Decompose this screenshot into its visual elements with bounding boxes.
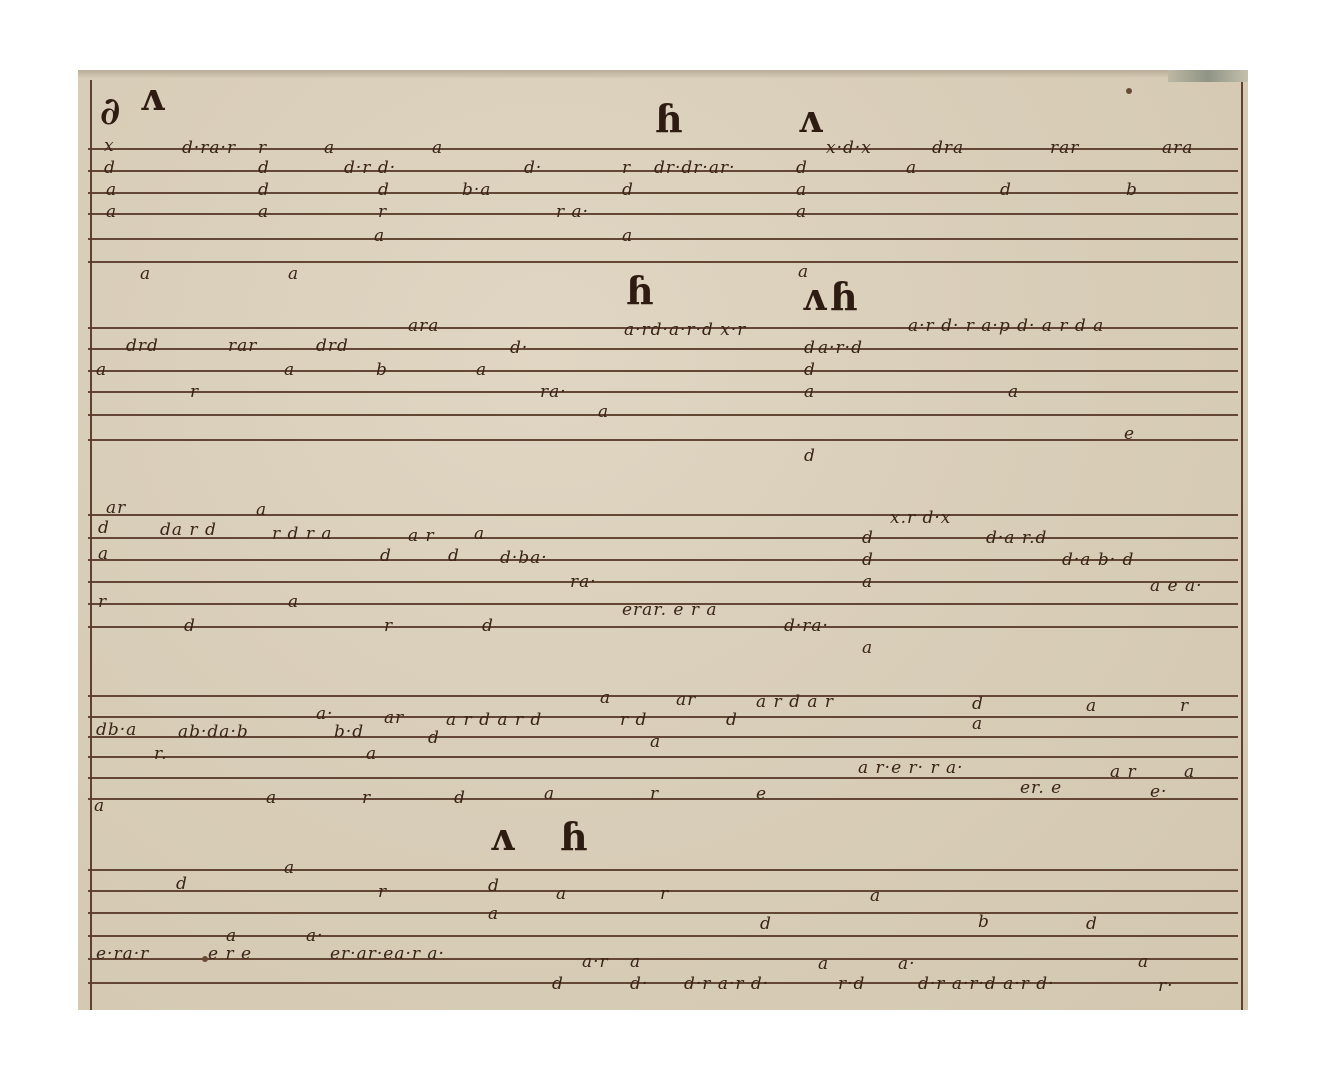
tablature-letters: d: [726, 712, 738, 729]
tablature-letters: e: [756, 786, 767, 803]
tablature-letters: a: [488, 906, 499, 923]
tablature-letters: a: [226, 928, 237, 945]
tablature-letters: d·ra·r: [182, 140, 236, 157]
tablature-letters: r: [660, 886, 669, 903]
tablature-letters: r: [622, 160, 631, 177]
staff-line: [88, 912, 1238, 914]
tablature-letters: ab·da·b: [178, 724, 249, 741]
tablature-letters: a r: [408, 528, 435, 545]
rhythm-flag-icon: ∂: [100, 92, 120, 130]
staff-line: [88, 581, 1238, 583]
tablature-letters: d: [796, 160, 808, 177]
tablature-letters: d·r a·r d·: [684, 976, 769, 993]
tablature-letters: drd: [126, 338, 159, 355]
tablature-letters: d: [482, 618, 494, 635]
tablature-letters: a·: [306, 928, 324, 945]
tablature-letters: a: [284, 362, 295, 379]
tablature-letters: d: [804, 340, 816, 357]
tablature-letters: r: [650, 786, 659, 803]
tablature-letters: a r d a r: [756, 694, 834, 711]
tablature-letters: d: [176, 876, 188, 893]
right-margin-rule: [1241, 82, 1243, 1010]
tablature-letters: a·r·d: [818, 340, 863, 357]
tablature-letters: a·r: [582, 954, 609, 971]
tablature-letters: d: [972, 696, 984, 713]
tablature-letters: db·a: [96, 722, 137, 739]
tablature-letters: a: [288, 266, 299, 283]
tablature-letters: a: [906, 160, 917, 177]
tablature-letters: r: [1180, 698, 1189, 715]
tablature-letters: d: [258, 182, 270, 199]
tablature-letters: r a·: [556, 204, 589, 221]
tablature-letters: d: [862, 530, 874, 547]
tablature-letters: a: [870, 888, 881, 905]
staff-line: [88, 777, 1238, 779]
tablature-letters: a: [256, 502, 267, 519]
tablature-letters: d·r a·r·d a·r d·: [918, 976, 1055, 993]
tablature-letters: a·r d· r a·p d· a r d a: [908, 318, 1104, 335]
tablature-letters: a: [140, 266, 151, 283]
tablature-letters: r d: [620, 712, 647, 729]
staff-line: [88, 626, 1238, 628]
tablature-letters: a: [284, 860, 295, 877]
tablature-letters: r·d: [838, 976, 865, 993]
tablature-letters: erar. e r a: [622, 602, 718, 619]
tablature-letters: b: [376, 362, 388, 379]
tablature-letters: r: [378, 884, 387, 901]
tablature-letters: a·rd·a·r·d x·r: [624, 322, 746, 339]
tablature-letters: ara: [408, 318, 439, 335]
tablature-letters: a: [972, 716, 983, 733]
tablature-letters: r·: [1158, 978, 1174, 995]
tablature-letters: d: [428, 730, 440, 747]
tablature-letters: a: [796, 182, 807, 199]
tablature-letters: d: [862, 552, 874, 569]
rhythm-flag-icon: ʌ: [802, 278, 826, 316]
tablature-letters: a·: [898, 956, 916, 973]
tablature-letters: b: [978, 914, 990, 931]
staff-line: [88, 869, 1238, 871]
tablature-letters: a: [862, 574, 873, 591]
tablature-letters: a·: [316, 706, 334, 723]
tablature-letters: e r e: [208, 946, 252, 963]
tablature-letters: er·ar·ea·r a·: [330, 946, 445, 963]
tablature-letters: d: [378, 182, 390, 199]
tablature-letters: a: [474, 526, 485, 543]
tablature-letters: e·: [1150, 784, 1167, 801]
staff-line: [88, 935, 1238, 937]
tablature-letters: d: [448, 548, 460, 565]
rhythm-flag-icon: ɦ: [655, 100, 683, 138]
tablature-letters: a: [1138, 954, 1149, 971]
tablature-letters: a: [796, 204, 807, 221]
tablature-letters: d: [804, 448, 816, 465]
tablature-letters: b: [1126, 182, 1138, 199]
tablature-letters: a: [1008, 384, 1019, 401]
tablature-letters: ar: [106, 500, 126, 517]
tablature-letters: d·: [510, 340, 528, 357]
staff-line: [88, 756, 1238, 758]
tablature-letters: a: [862, 640, 873, 657]
tablature-letters: a r·e r· r a·: [858, 760, 964, 777]
tablature-letters: e·ra·r: [96, 946, 149, 963]
tablature-letters: a: [324, 140, 335, 157]
tablature-letters: a: [96, 362, 107, 379]
tablature-letters: d: [454, 790, 466, 807]
rhythm-flag-icon: ʌ: [140, 78, 164, 116]
tablature-letters: d: [552, 976, 564, 993]
tablature-letters: d·ra·: [784, 618, 829, 635]
tablature-letters: d: [98, 520, 110, 537]
tablature-letters: d: [1086, 916, 1098, 933]
tablature-letters: a: [374, 228, 385, 245]
tablature-letters: a: [288, 594, 299, 611]
tablature-letters: ra·: [570, 574, 597, 591]
tablature-letters: a: [98, 546, 109, 563]
tablature-letters: r: [258, 140, 267, 157]
tablature-letters: r: [384, 618, 393, 635]
ink-blot: [1126, 88, 1132, 94]
tablature-letters: rar: [228, 338, 257, 355]
tablature-letters: a: [432, 140, 443, 157]
tablature-letters: rar: [1050, 140, 1079, 157]
tablature-letters: a: [266, 790, 277, 807]
ink-blot: [202, 956, 208, 962]
tablature-letters: r: [190, 384, 199, 401]
tablature-letters: d·: [524, 160, 542, 177]
staff-line: [88, 695, 1238, 697]
tablature-letters: da r d: [160, 522, 217, 539]
rhythm-flag-icon: ɦ: [626, 272, 654, 310]
tablature-letters: a: [1086, 698, 1097, 715]
tablature-letters: r: [378, 204, 387, 221]
tablature-letters: r.: [154, 746, 168, 763]
tablature-letters: er. e: [1020, 780, 1062, 797]
tablature-letters: a: [798, 264, 809, 281]
tablature-letters: a r d a r d: [446, 712, 542, 729]
tablature-letters: a: [650, 734, 661, 751]
tablature-letters: a: [804, 384, 815, 401]
staff-line: [88, 537, 1238, 539]
tablature-letters: a: [622, 228, 633, 245]
tablature-letters: a: [258, 204, 269, 221]
tablature-letters: d: [380, 548, 392, 565]
tablature-letters: e: [1124, 426, 1135, 443]
tablature-letters: ra·: [540, 384, 567, 401]
tablature-letters: d: [1000, 182, 1012, 199]
tablature-letters: a: [556, 886, 567, 903]
manuscript-page: ∂ʌɦʌxdaad·ra·rrddaad·r d·adrab·ad·r a·rd…: [78, 70, 1248, 1010]
tablature-letters: d·a r.d: [986, 530, 1047, 547]
tablature-letters: drd: [316, 338, 349, 355]
staff-line: [88, 414, 1238, 416]
staff-line: [88, 348, 1238, 350]
tablature-letters: a: [476, 362, 487, 379]
tablature-letters: d·ba·: [500, 550, 548, 567]
tablature-letters: a e a·: [1150, 578, 1203, 595]
tablature-letters: d·a b· d: [1062, 552, 1134, 569]
staff-line: [88, 238, 1238, 240]
tablature-letters: x: [104, 138, 115, 155]
tablature-letters: r: [362, 790, 371, 807]
tablature-letters: b·a: [462, 182, 491, 199]
tablature-letters: a: [94, 798, 105, 815]
staff-line: [88, 391, 1238, 393]
staff-line: [88, 439, 1238, 441]
tablature-letters: r d r a: [272, 526, 332, 543]
tablature-letters: a: [366, 746, 377, 763]
rhythm-flag-icon: ʌ: [490, 818, 514, 856]
tablature-letters: x·d·x: [826, 140, 872, 157]
tablature-letters: d·r d·: [344, 160, 396, 177]
tablature-letters: a: [544, 786, 555, 803]
staff-line: [88, 798, 1238, 800]
rhythm-flag-icon: ɦ: [560, 818, 588, 856]
staff-line: [88, 958, 1238, 960]
tablature-letters: a: [818, 956, 829, 973]
tablature-letters: a: [106, 204, 117, 221]
tablature-letters: a: [630, 954, 641, 971]
staff-line: [88, 716, 1238, 718]
tablature-letters: a: [1184, 764, 1195, 781]
staff-line: [88, 261, 1238, 263]
tablature-letters: d: [488, 878, 500, 895]
tablature-letters: a r: [1110, 764, 1137, 781]
staff-line: [88, 982, 1238, 984]
tablature-letters: a: [600, 690, 611, 707]
rhythm-flag-icon: ɦ: [830, 278, 858, 316]
tablature-letters: d: [622, 182, 634, 199]
page-edge-shadow: [78, 70, 1248, 78]
tablature-letters: d: [804, 362, 816, 379]
page-corner-fold: [1168, 70, 1248, 82]
tablature-letters: ara: [1162, 140, 1193, 157]
tablature-letters: a: [598, 404, 609, 421]
tablature-letters: a: [106, 182, 117, 199]
tablature-letters: d: [760, 916, 772, 933]
tablature-letters: ar: [384, 710, 404, 727]
tablature-letters: d: [184, 618, 196, 635]
tablature-letters: dra: [932, 140, 964, 157]
tablature-letters: b·d: [334, 724, 364, 741]
tablature-letters: x.r d·x: [890, 510, 951, 527]
staff-line: [88, 736, 1238, 738]
tablature-letters: r: [98, 594, 107, 611]
tablature-letters: ar: [676, 692, 696, 709]
tablature-letters: d·: [630, 976, 648, 993]
staff-line: [88, 370, 1238, 372]
rhythm-flag-icon: ʌ: [798, 100, 822, 138]
tablature-letters: d: [258, 160, 270, 177]
tablature-letters: dr·dr·ar·: [654, 160, 736, 177]
tablature-letters: d: [104, 160, 116, 177]
